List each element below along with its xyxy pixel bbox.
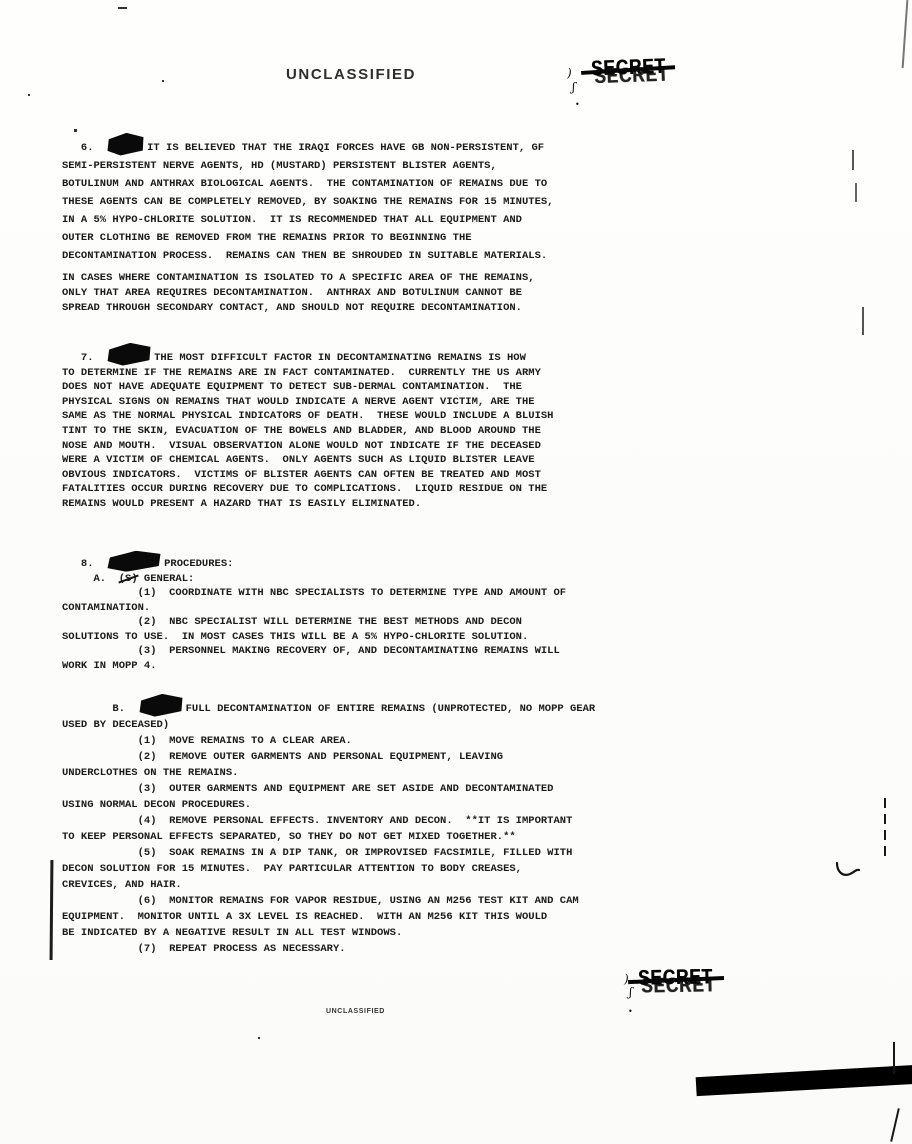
document-line: DECONTAMINATION PROCESS. REMAINS CAN THE…	[62, 247, 553, 265]
handwritten-mark: •	[575, 100, 580, 109]
redaction-mark	[106, 549, 162, 574]
document-line: (2) NBC SPECIALIST WILL DETERMINE THE BE…	[62, 615, 566, 630]
scan-artifact-speck	[118, 7, 127, 9]
document-line: DOES NOT HAVE ADEQUATE EQUIPMENT TO DETE…	[62, 380, 553, 395]
scan-artifact-left-edge-line	[50, 860, 53, 960]
scan-artifact-top-edge-line	[902, 0, 909, 68]
paragraph-6: 6. IT IS BELIEVED THAT THE IRAQI FORCES …	[62, 133, 553, 265]
document-line: (1) COORDINATE WITH NBC SPECIALISTS TO D…	[62, 586, 566, 601]
document-line: PHYSICAL SIGNS ON REMAINS THAT WOULD IND…	[62, 395, 553, 410]
handwritten-mark: •	[628, 1007, 633, 1016]
document-line: WERE A VICTIM OF CHEMICAL AGENTS. ONLY A…	[62, 453, 553, 468]
document-line: DECON SOLUTION FOR 15 MINUTES. PAY PARTI…	[62, 861, 595, 877]
secret-stamp-bottom: SECRET SECRET	[638, 965, 718, 990]
document-line: FATALITIES OCCUR DURING RECOVERY DUE TO …	[62, 482, 553, 497]
scan-artifact-check-curve	[834, 860, 862, 882]
redaction-mark	[106, 131, 145, 156]
paragraph-8-general-procedures: 8. PROCEDURES: A. (S) GENERAL: (1) COORD…	[62, 551, 566, 673]
scan-artifact-diagonal-line	[890, 1108, 900, 1142]
document-line: SAME AS THE NORMAL PHYSICAL INDICATORS O…	[62, 409, 553, 424]
document-line: IN A 5% HYPO-CHLORITE SOLUTION. IT IS RE…	[62, 211, 553, 229]
document-line: (7) REPEAT PROCESS AS NECESSARY.	[62, 941, 595, 957]
handwritten-mark: )	[624, 972, 629, 986]
scan-artifact-black-band	[696, 1065, 912, 1096]
scan-artifact-speck	[28, 94, 30, 96]
document-line: (5) SOAK REMAINS IN A DIP TANK, OR IMPRO…	[62, 845, 595, 861]
scan-artifact-tick	[862, 307, 864, 335]
scanned-page: UNCLASSIFIED SECRET SECRET ) ʃ • 6. IT I…	[0, 0, 912, 1144]
document-line: BOTULINUM AND ANTHRAX BIOLOGICAL AGENTS.…	[62, 175, 553, 193]
paragraph-7: 7. THE MOST DIFFICULT FACTOR IN DECONTAM…	[62, 343, 553, 512]
document-line: BE INDICATED BY A NEGATIVE RESULT IN ALL…	[62, 925, 595, 941]
document-line: EQUIPMENT. MONITOR UNTIL A 3X LEVEL IS R…	[62, 909, 595, 925]
document-line: 7. THE MOST DIFFICULT FACTOR IN DECONTAM…	[62, 343, 553, 366]
redaction-mark	[106, 341, 152, 367]
document-line: NOSE AND MOUTH. VISUAL OBSERVATION ALONE…	[62, 439, 553, 454]
secret-stamp-top: SECRET SECRET	[591, 55, 670, 82]
document-line: USED BY DECEASED)	[62, 717, 595, 733]
handwritten-mark: ʃ	[572, 80, 575, 94]
struck-classification-mark: (S)	[119, 572, 138, 587]
document-line: (3) PERSONNEL MAKING RECOVERY OF, AND DE…	[62, 644, 566, 659]
document-line: WORK IN MOPP 4.	[62, 659, 566, 674]
classification-header: UNCLASSIFIED	[286, 66, 416, 83]
handwritten-mark: ʃ	[629, 985, 632, 999]
document-line: (1) MOVE REMAINS TO A CLEAR AREA.	[62, 733, 595, 749]
document-line: B. FULL DECONTAMINATION OF ENTIRE REMAIN…	[62, 694, 595, 717]
scan-artifact-speck	[74, 129, 77, 132]
scan-artifact-speck	[258, 1037, 260, 1039]
document-line: UNDERCLOTHES ON THE REMAINS.	[62, 765, 595, 781]
scan-artifact-tick	[855, 183, 857, 202]
classification-footer: UNCLASSIFIED	[326, 1008, 385, 1015]
document-line: (2) REMOVE OUTER GARMENTS AND PERSONAL E…	[62, 749, 595, 765]
document-line: 8. PROCEDURES:	[62, 551, 566, 572]
document-line: SPREAD THROUGH SECONDARY CONTACT, AND SH…	[62, 301, 535, 316]
scan-artifact-speck	[162, 80, 164, 82]
document-line: ONLY THAT AREA REQUIRES DECONTAMINATION.…	[62, 286, 535, 301]
document-line: A. (S) GENERAL:	[62, 572, 566, 587]
document-line: SEMI-PERSISTENT NERVE AGENTS, HD (MUSTAR…	[62, 157, 553, 175]
handwritten-mark: )	[567, 66, 572, 80]
scan-artifact-dashed-line	[884, 798, 886, 860]
document-line: (4) REMOVE PERSONAL EFFECTS. INVENTORY A…	[62, 813, 595, 829]
document-line: (3) OUTER GARMENTS AND EQUIPMENT ARE SET…	[62, 781, 595, 797]
document-line: IN CASES WHERE CONTAMINATION IS ISOLATED…	[62, 271, 535, 286]
document-line: OUTER CLOTHING BE REMOVED FROM THE REMAI…	[62, 229, 553, 247]
paragraph-6-continued: IN CASES WHERE CONTAMINATION IS ISOLATED…	[62, 271, 535, 316]
document-line: TO KEEP PERSONAL EFFECTS SEPARATED, SO T…	[62, 829, 595, 845]
document-line: THESE AGENTS CAN BE COMPLETELY REMOVED, …	[62, 193, 553, 211]
document-line: 6. IT IS BELIEVED THAT THE IRAQI FORCES …	[62, 133, 553, 157]
document-line: USING NORMAL DECON PROCEDURES.	[62, 797, 595, 813]
document-line: SOLUTIONS TO USE. IN MOST CASES THIS WIL…	[62, 630, 566, 645]
document-line: CREVICES, AND HAIR.	[62, 877, 595, 893]
paragraph-8b-full-decontamination: B. FULL DECONTAMINATION OF ENTIRE REMAIN…	[62, 694, 595, 957]
document-line: CONTAMINATION.	[62, 601, 566, 616]
redaction-mark	[138, 692, 184, 718]
document-line: TINT TO THE SKIN, EVACUATION OF THE BOWE…	[62, 424, 553, 439]
document-line: REMAINS WOULD PRESENT A HAZARD THAT IS E…	[62, 497, 553, 512]
document-line: OBVIOUS INDICATORS. VICTIMS OF BLISTER A…	[62, 468, 553, 483]
document-line: TO DETERMINE IF THE REMAINS ARE IN FACT …	[62, 366, 553, 381]
scan-artifact-tick	[852, 150, 854, 170]
scan-artifact-tick	[893, 1042, 895, 1074]
document-line: (6) MONITOR REMAINS FOR VAPOR RESIDUE, U…	[62, 893, 595, 909]
